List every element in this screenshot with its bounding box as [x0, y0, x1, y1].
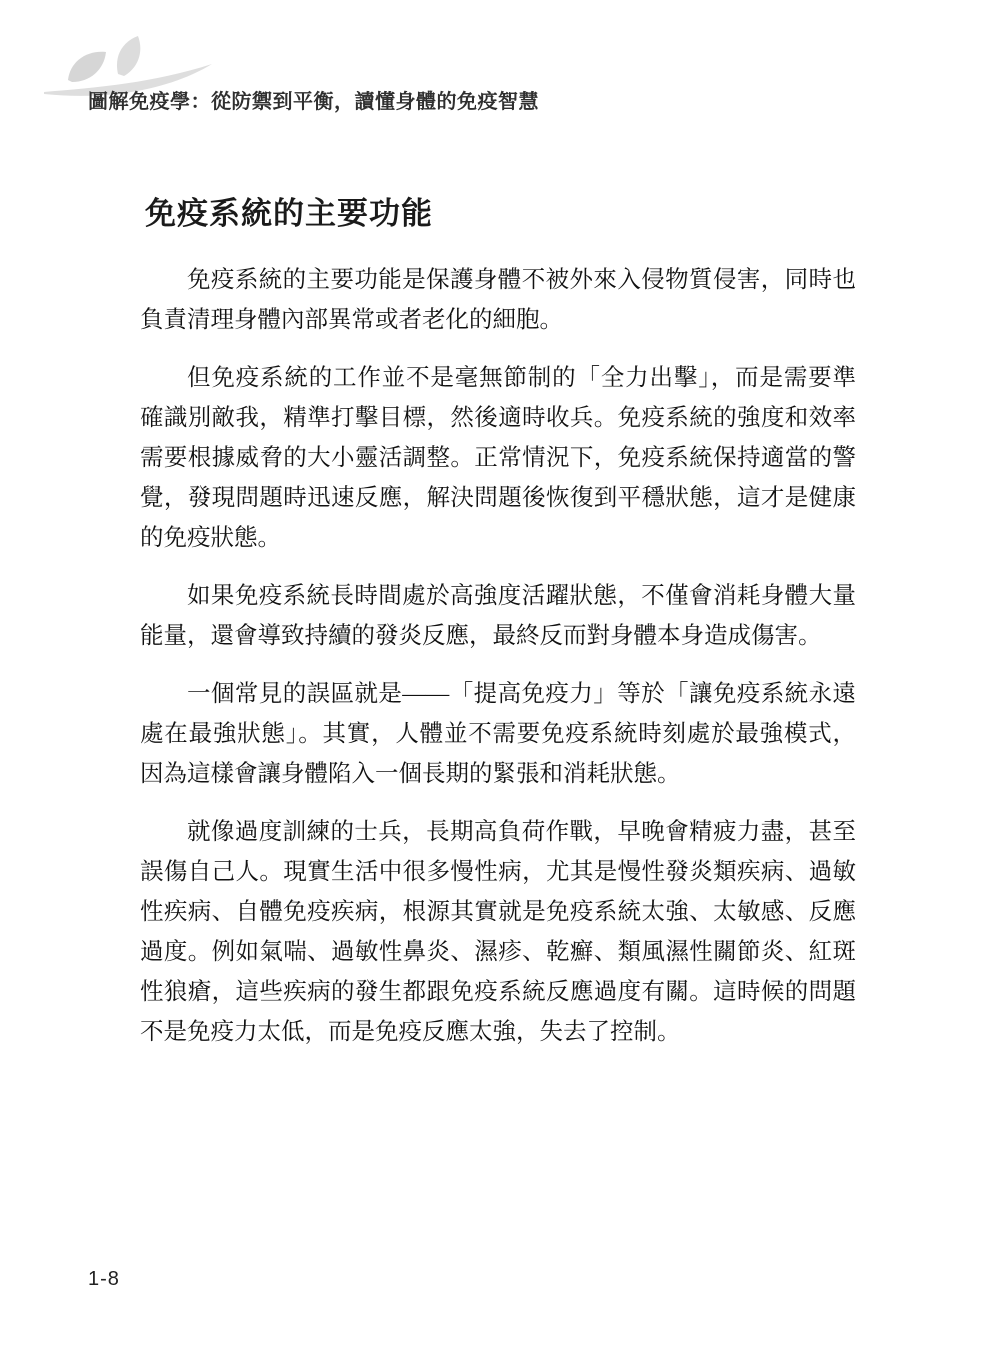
book-page: 圖解免疫學：從防禦到平衡，讀懂身體的免疫智慧 免疫系統的主要功能 免疫系統的主要…	[0, 0, 1000, 1353]
section-title: 免疫系統的主要功能	[145, 197, 856, 231]
paragraph: 如果免疫系統長時間處於高強度活躍狀態，不僅會消耗身體大量能量，還會導致持續的發炎…	[140, 576, 856, 656]
page-number: 1-8	[88, 1268, 120, 1291]
running-head-book-title: 圖解免疫學：從防禦到平衡，讀懂身體的免疫智慧	[88, 88, 539, 116]
page-content: 免疫系統的主要功能 免疫系統的主要功能是保護身體不被外來入侵物質侵害，同時也負責…	[140, 197, 856, 1070]
paragraph: 免疫系統的主要功能是保護身體不被外來入侵物質侵害，同時也負責清理身體內部異常或者…	[140, 260, 856, 340]
paragraph: 但免疫系統的工作並不是毫無節制的「全力出擊」，而是需要準確識別敵我，精準打擊目標…	[140, 358, 856, 558]
paragraph: 就像過度訓練的士兵，長期高負荷作戰，早晚會精疲力盡，甚至誤傷自己人。現實生活中很…	[140, 812, 856, 1052]
paragraph: 一個常見的誤區就是——「提高免疫力」等於「讓免疫系統永遠處在最強狀態」。其實，人…	[140, 674, 856, 794]
